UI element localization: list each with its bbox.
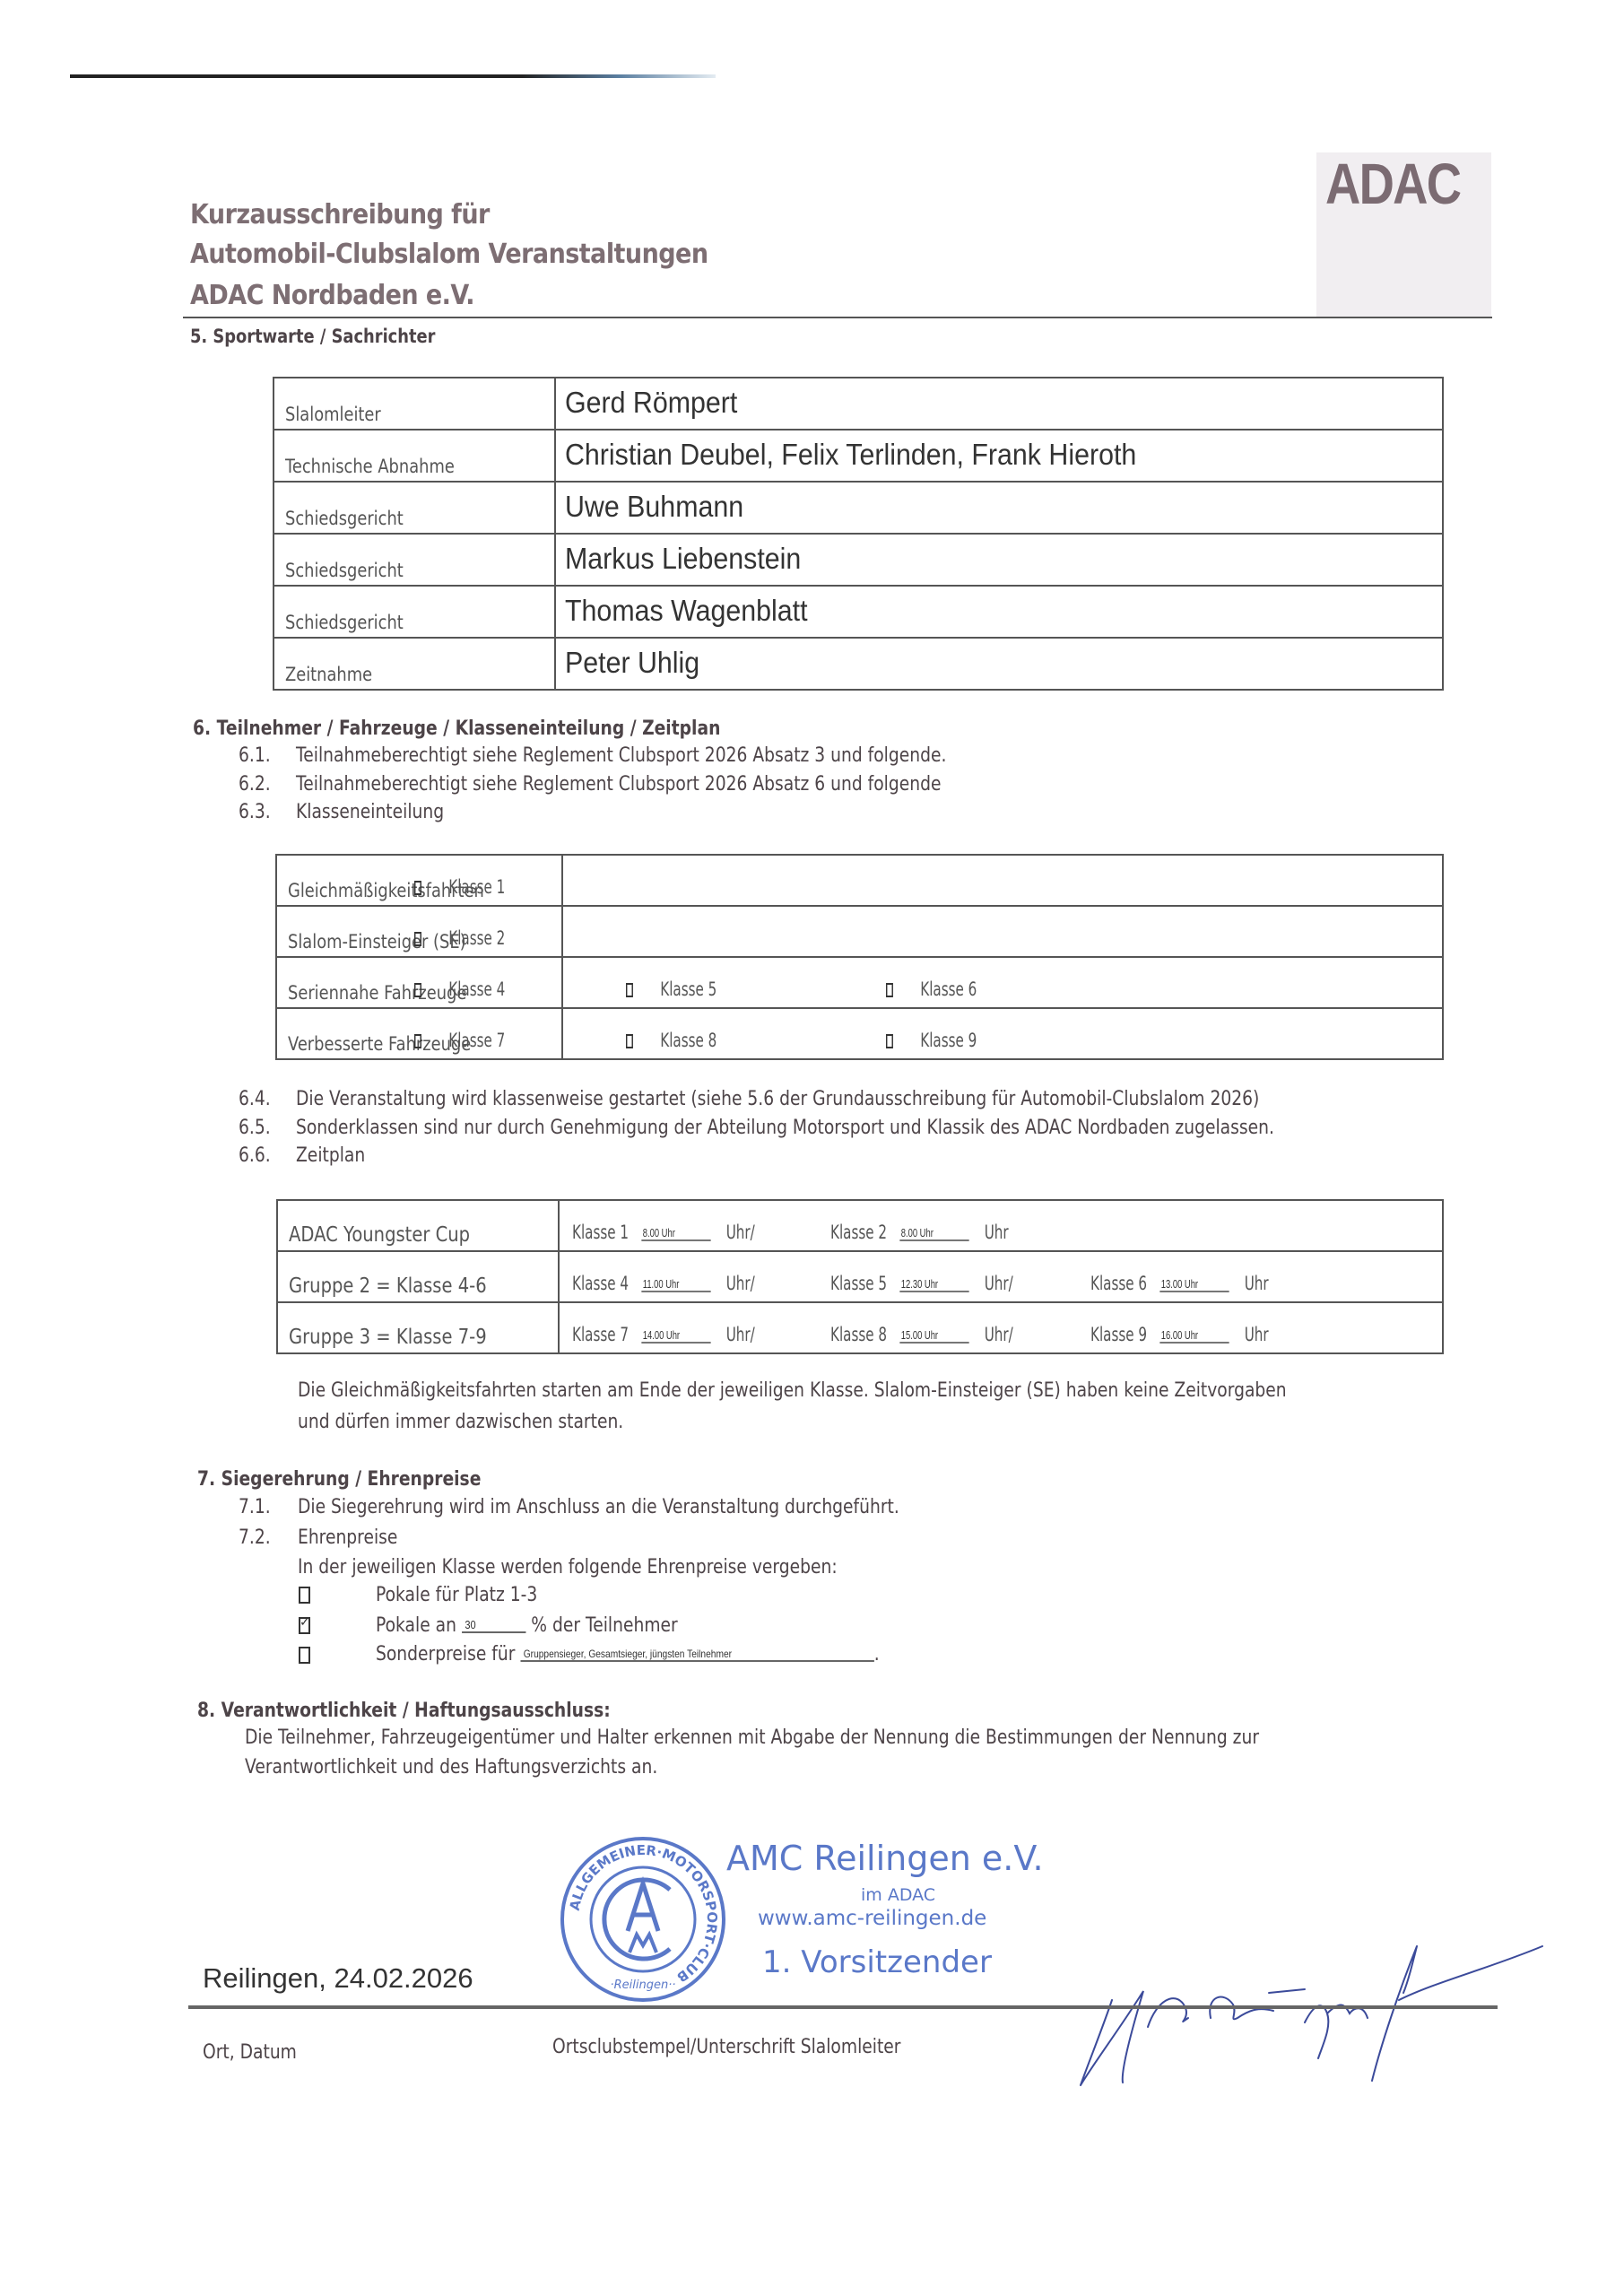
- official-row: SlalomleiterGerd Römpert: [274, 378, 1443, 430]
- slot-time-field[interactable]: 13.00 Uhr: [1160, 1277, 1229, 1292]
- class-option-label: Klasse 8: [660, 1030, 716, 1051]
- class-option[interactable]: Klasse 7: [414, 1030, 515, 1051]
- official-row: SchiedsgerichtThomas Wagenblatt: [274, 586, 1443, 638]
- schedule-slot: Klasse 714.00 UhrUhr/: [572, 1324, 760, 1345]
- official-row: ZeitnahmePeter Uhlig: [274, 638, 1443, 690]
- official-role: Slalomleiter: [274, 378, 555, 430]
- prize-special-label-after: .: [874, 1643, 880, 1665]
- class-option[interactable]: Klasse 8: [626, 1030, 726, 1051]
- class-option-label: Klasse 1: [448, 876, 505, 898]
- stamp-role: 1. Vorsitzender: [762, 1944, 992, 1980]
- slot-suffix: Uhr: [985, 1222, 1009, 1243]
- prize-checkbox-trophies-1-3[interactable]: [299, 1587, 310, 1608]
- prize-special-field[interactable]: Gruppensieger, Gesamtsieger, jüngsten Te…: [520, 1648, 873, 1662]
- schedule-slot: Klasse 512.30 UhrUhr/: [830, 1273, 1019, 1294]
- prize-checkbox-percent[interactable]: [299, 1617, 310, 1639]
- class-option[interactable]: Klasse 9: [886, 1030, 986, 1051]
- official-role: Zeitnahme: [274, 638, 555, 690]
- checkbox-icon[interactable]: [886, 1034, 893, 1048]
- class-row: Verbesserte FahrzeugeKlasse 7Klasse 8Kla…: [276, 1008, 1443, 1059]
- class-options-cell: Klasse 4Klasse 5Klasse 6: [562, 957, 1443, 1008]
- item-text: Die Veranstaltung wird klassenweise gest…: [296, 1088, 1259, 1110]
- item-num: 6.2.: [239, 773, 271, 796]
- checkbox-icon[interactable]: [626, 983, 633, 997]
- officials-table: SlalomleiterGerd RömpertTechnische Abnah…: [273, 377, 1444, 691]
- item-text: Sonderklassen sind nur durch Genehmigung…: [296, 1117, 1274, 1139]
- slot-time-field[interactable]: 11.00 Uhr: [642, 1277, 711, 1292]
- checkbox-icon[interactable]: [626, 1034, 633, 1048]
- class-option[interactable]: Klasse 1: [414, 876, 515, 898]
- stamp-url: www.amc-reilingen.de: [758, 1907, 986, 1930]
- class-options-cell: Klasse 2: [562, 906, 1443, 957]
- svg-text:·Reilingen··: ·Reilingen··: [611, 1979, 676, 1992]
- official-role: Technische Abnahme: [274, 430, 555, 482]
- top-rule: [70, 74, 716, 78]
- class-option-label: Klasse 7: [448, 1030, 505, 1051]
- schedule-slot: Klasse 18.00 UhrUhr/: [572, 1222, 760, 1243]
- slot-class: Klasse 9: [1090, 1324, 1147, 1345]
- checkbox-icon[interactable]: [414, 1034, 421, 1048]
- slot-class: Klasse 7: [572, 1324, 629, 1345]
- prize-percent-label-after: % der Teilnehmer: [531, 1614, 677, 1637]
- prize-special-row: Sonderpreise für Gruppensieger, Gesamtsi…: [376, 1643, 880, 1665]
- item-text: Teilnahmeberechtigt siehe Reglement Club…: [296, 773, 941, 796]
- slot-class: Klasse 1: [572, 1222, 629, 1243]
- item-num: 6.4.: [239, 1088, 271, 1110]
- slot-class: Klasse 6: [1090, 1273, 1147, 1294]
- section-7-heading: 7. Siegerehrung / Ehrenpreise: [197, 1468, 481, 1491]
- item-num: 6.6.: [239, 1144, 271, 1167]
- class-option-label: Klasse 4: [448, 978, 505, 1000]
- class-option[interactable]: Klasse 5: [626, 978, 726, 1000]
- checkbox-icon[interactable]: [886, 983, 893, 997]
- doc-title-line-1: Kurzausschreibung für: [190, 199, 490, 230]
- official-name: Gerd Römpert: [555, 378, 1443, 430]
- official-name: Markus Liebenstein: [555, 534, 1443, 586]
- prizes-intro: In der jeweiligen Klasse werden folgende…: [298, 1556, 838, 1578]
- slot-time-field[interactable]: 8.00 Uhr: [642, 1226, 711, 1241]
- official-name: Thomas Wagenblatt: [555, 586, 1443, 638]
- schedule-slot: Klasse 916.00 UhrUhr: [1090, 1324, 1273, 1345]
- schedule-group: Gruppe 3 = Klasse 7-9: [277, 1302, 559, 1353]
- signature-line: [188, 2005, 1498, 2009]
- prize-percent-row: Pokale an 30 % der Teilnehmer: [376, 1614, 678, 1637]
- prize-special-label-before: Sonderpreise für: [376, 1643, 515, 1665]
- slot-class: Klasse 4: [572, 1273, 629, 1294]
- slot-suffix: Uhr/: [726, 1273, 755, 1294]
- prize-percent-label-before: Pokale an: [376, 1614, 456, 1637]
- doc-title-line-2: Automobil-Clubslalom Veranstaltungen: [190, 239, 708, 270]
- class-option[interactable]: Klasse 2: [414, 927, 515, 949]
- item-text: Teilnahmeberechtigt siehe Reglement Club…: [296, 744, 946, 767]
- class-row: Slalom-Einsteiger (SE)Klasse 2: [276, 906, 1443, 957]
- class-option-label: Klasse 2: [448, 927, 505, 949]
- class-option-label: Klasse 5: [660, 978, 716, 1000]
- item-num: 6.3.: [239, 801, 271, 823]
- liability-line-2: Verantwortlichkeit und des Haftungsverzi…: [245, 1756, 657, 1779]
- checkbox-checked-icon[interactable]: [299, 1617, 310, 1634]
- club-stamp-icon: ALLGEMEINER·MOTORSPORT·CLUB ·Reilingen··: [558, 1834, 728, 2005]
- class-option-label: Klasse 9: [920, 1030, 977, 1051]
- official-role: Schiedsgericht: [274, 534, 555, 586]
- slot-suffix: Uhr/: [726, 1222, 755, 1243]
- class-table: GleichmäßigkeitsfahrtenKlasse 1Slalom-Ei…: [275, 854, 1444, 1060]
- official-row: SchiedsgerichtUwe Buhmann: [274, 482, 1443, 534]
- slot-suffix: Uhr: [1245, 1324, 1269, 1345]
- slot-suffix: Uhr/: [985, 1324, 1013, 1345]
- liability-line-1: Die Teilnehmer, Fahrzeugeigentümer und H…: [245, 1726, 1259, 1749]
- official-role: Schiedsgericht: [274, 586, 555, 638]
- schedule-row: Gruppe 3 = Klasse 7-9Klasse 714.00 UhrUh…: [277, 1302, 1443, 1353]
- schedule-note-line-1: Die Gleichmäßigkeitsfahrten starten am E…: [298, 1379, 1287, 1402]
- schedule-slot: Klasse 411.00 UhrUhr/: [572, 1273, 760, 1294]
- item-7-2-text: Ehrenpreise: [298, 1526, 397, 1549]
- slot-time-field[interactable]: 8.00 Uhr: [900, 1226, 969, 1241]
- item-7-1-num: 7.1.: [239, 1496, 271, 1518]
- slot-class: Klasse 2: [830, 1222, 887, 1243]
- class-row: Seriennahe FahrzeugeKlasse 4Klasse 5Klas…: [276, 957, 1443, 1008]
- official-name: Peter Uhlig: [555, 638, 1443, 690]
- schedule-slot: Klasse 28.00 UhrUhr: [830, 1222, 1013, 1243]
- checkbox-icon[interactable]: [299, 1647, 310, 1664]
- class-option[interactable]: Klasse 6: [886, 978, 986, 1000]
- stamp-club-name: AMC Reilingen e.V.: [726, 1839, 1044, 1878]
- class-options-cell: Klasse 7Klasse 8Klasse 9: [562, 1008, 1443, 1059]
- section-5-heading: 5. Sportwarte / Sachrichter: [190, 326, 435, 347]
- slot-suffix: Uhr/: [985, 1273, 1013, 1294]
- schedule-group: Gruppe 2 = Klasse 4-6: [277, 1251, 559, 1302]
- prize-percent-field[interactable]: 30: [462, 1618, 525, 1633]
- schedule-slots-cell: Klasse 411.00 UhrUhr/Klasse 512.30 UhrUh…: [559, 1251, 1443, 1302]
- schedule-slots-cell: Klasse 714.00 UhrUhr/Klasse 815.00 UhrUh…: [559, 1302, 1443, 1353]
- section-6-heading: 6. Teilnehmer / Fahrzeuge / Klasseneinte…: [193, 717, 720, 740]
- signature-icon: [1058, 1892, 1560, 2099]
- doc-title-line-3: ADAC Nordbaden e.V.: [190, 280, 474, 311]
- item-num: 6.1.: [239, 744, 271, 767]
- checkbox-icon[interactable]: [414, 932, 421, 946]
- section-8-heading: 8. Verantwortlichkeit / Haftungsausschlu…: [197, 1700, 611, 1722]
- slot-time-field[interactable]: 16.00 Uhr: [1160, 1328, 1229, 1344]
- slot-time-field[interactable]: 14.00 Uhr: [642, 1328, 711, 1344]
- slot-suffix: Uhr/: [726, 1324, 755, 1345]
- checkbox-icon[interactable]: [299, 1587, 310, 1604]
- stamp-sub: im ADAC: [861, 1885, 935, 1905]
- item-num: 6.5.: [239, 1117, 271, 1139]
- class-row: GleichmäßigkeitsfahrtenKlasse 1: [276, 855, 1443, 906]
- item-7-1-text: Die Siegerehrung wird im Anschluss an di…: [298, 1496, 899, 1518]
- item-text: Zeitplan: [296, 1144, 365, 1167]
- slot-class: Klasse 5: [830, 1273, 887, 1294]
- class-option[interactable]: Klasse 4: [414, 978, 515, 1000]
- schedule-slot: Klasse 613.00 UhrUhr: [1090, 1273, 1273, 1294]
- schedule-table: ADAC Youngster CupKlasse 18.00 UhrUhr/Kl…: [276, 1199, 1444, 1354]
- official-row: Technische AbnahmeChristian Deubel, Feli…: [274, 430, 1443, 482]
- schedule-slot: Klasse 815.00 UhrUhr/: [830, 1324, 1019, 1345]
- adac-logo: ADAC: [1325, 151, 1460, 217]
- official-name: Christian Deubel, Felix Terlinden, Frank…: [555, 430, 1443, 482]
- label-place-date: Ort, Datum: [203, 2041, 297, 2064]
- item-7-2-num: 7.2.: [239, 1526, 271, 1549]
- schedule-slots-cell: Klasse 18.00 UhrUhr/Klasse 28.00 UhrUhr: [559, 1200, 1443, 1251]
- slot-class: Klasse 8: [830, 1324, 887, 1345]
- official-row: SchiedsgerichtMarkus Liebenstein: [274, 534, 1443, 586]
- place-date: Reilingen, 24.02.2026: [203, 1962, 473, 1995]
- slot-suffix: Uhr: [1245, 1273, 1269, 1294]
- prize-label-trophies-1-3: Pokale für Platz 1-3: [376, 1584, 537, 1606]
- schedule-group: ADAC Youngster Cup: [277, 1200, 559, 1251]
- item-text: Klasseneinteilung: [296, 801, 444, 823]
- class-option-label: Klasse 6: [920, 978, 977, 1000]
- slot-time-field[interactable]: 12.30 Uhr: [900, 1277, 969, 1292]
- checkbox-icon[interactable]: [414, 881, 421, 895]
- label-stamp-signature: Ortsclubstempel/Unterschrift Slalomleite…: [552, 2036, 901, 2058]
- slot-time-field[interactable]: 15.00 Uhr: [900, 1328, 969, 1344]
- official-name: Uwe Buhmann: [555, 482, 1443, 534]
- prize-checkbox-special[interactable]: [299, 1647, 310, 1668]
- class-options-cell: Klasse 1: [562, 855, 1443, 906]
- official-role: Schiedsgericht: [274, 482, 555, 534]
- checkbox-icon[interactable]: [414, 983, 421, 997]
- schedule-note-line-2: und dürfen immer dazwischen starten.: [298, 1411, 623, 1433]
- schedule-row: Gruppe 2 = Klasse 4-6Klasse 411.00 UhrUh…: [277, 1251, 1443, 1302]
- title-divider: [183, 317, 1492, 318]
- schedule-row: ADAC Youngster CupKlasse 18.00 UhrUhr/Kl…: [277, 1200, 1443, 1251]
